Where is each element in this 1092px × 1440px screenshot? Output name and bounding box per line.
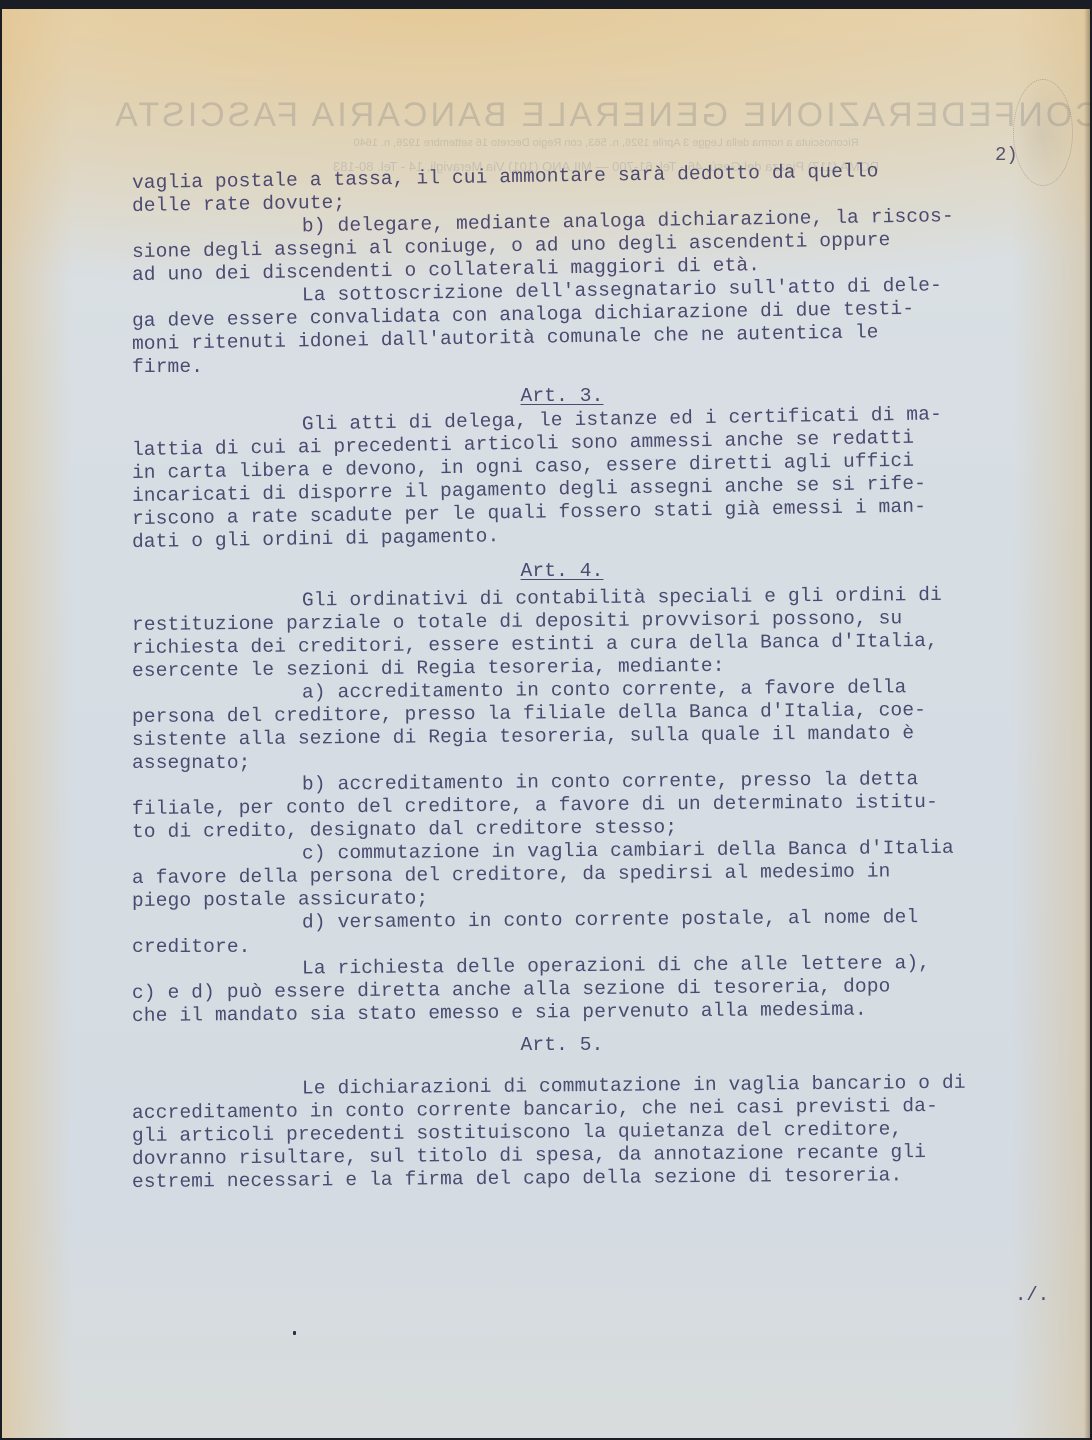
article-heading-4: Art. 4. — [132, 560, 1052, 583]
article-heading-text: Art. 5. — [521, 1034, 604, 1056]
article-heading-text: Art. 3. — [521, 385, 604, 407]
bleed-through-letterhead-subtitle: Riconosciuta a norma della Legge 3 April… — [62, 137, 1090, 149]
article-heading-text: Art. 4. — [521, 560, 604, 582]
paper-speck — [293, 1331, 296, 1335]
document-page: CONFEDERAZIONE GENERALE BANCARIA FASCIST… — [2, 9, 1090, 1438]
bleed-through-letterhead-title: CONFEDERAZIONE GENERALE BANCARIA FASCIST… — [62, 96, 1090, 135]
continuation-mark: ./. — [1015, 1284, 1049, 1306]
text-line: firme. — [132, 356, 1052, 379]
page-edge-shadow — [1084, 9, 1090, 1438]
article-heading-5: Art. 5. — [132, 1034, 1052, 1057]
document-body: vaglia postale a tassa, il cui ammontare… — [132, 172, 1052, 1194]
